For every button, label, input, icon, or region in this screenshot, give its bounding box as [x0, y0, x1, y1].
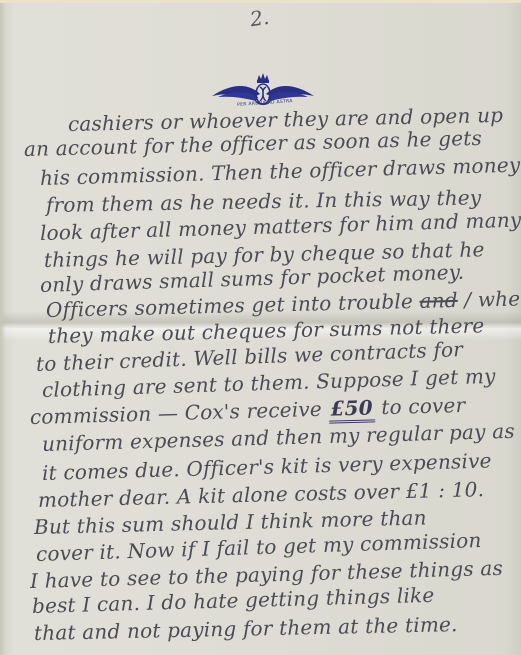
line-text: to cover — [374, 393, 465, 420]
letter-line: that and not paying for them at the time… — [34, 612, 458, 645]
line-text: commission — Cox's receive — [30, 397, 329, 429]
letter-body: cashiers or whoever they are and open up… — [0, 0, 521, 655]
underlined-amount: £50 — [328, 395, 375, 423]
letter-page: 2. PER ARDUA AD ASTRA cashiers or whoeve… — [0, 0, 521, 655]
line-text: / when — [457, 286, 521, 312]
struck-out-word: and — [419, 288, 458, 313]
